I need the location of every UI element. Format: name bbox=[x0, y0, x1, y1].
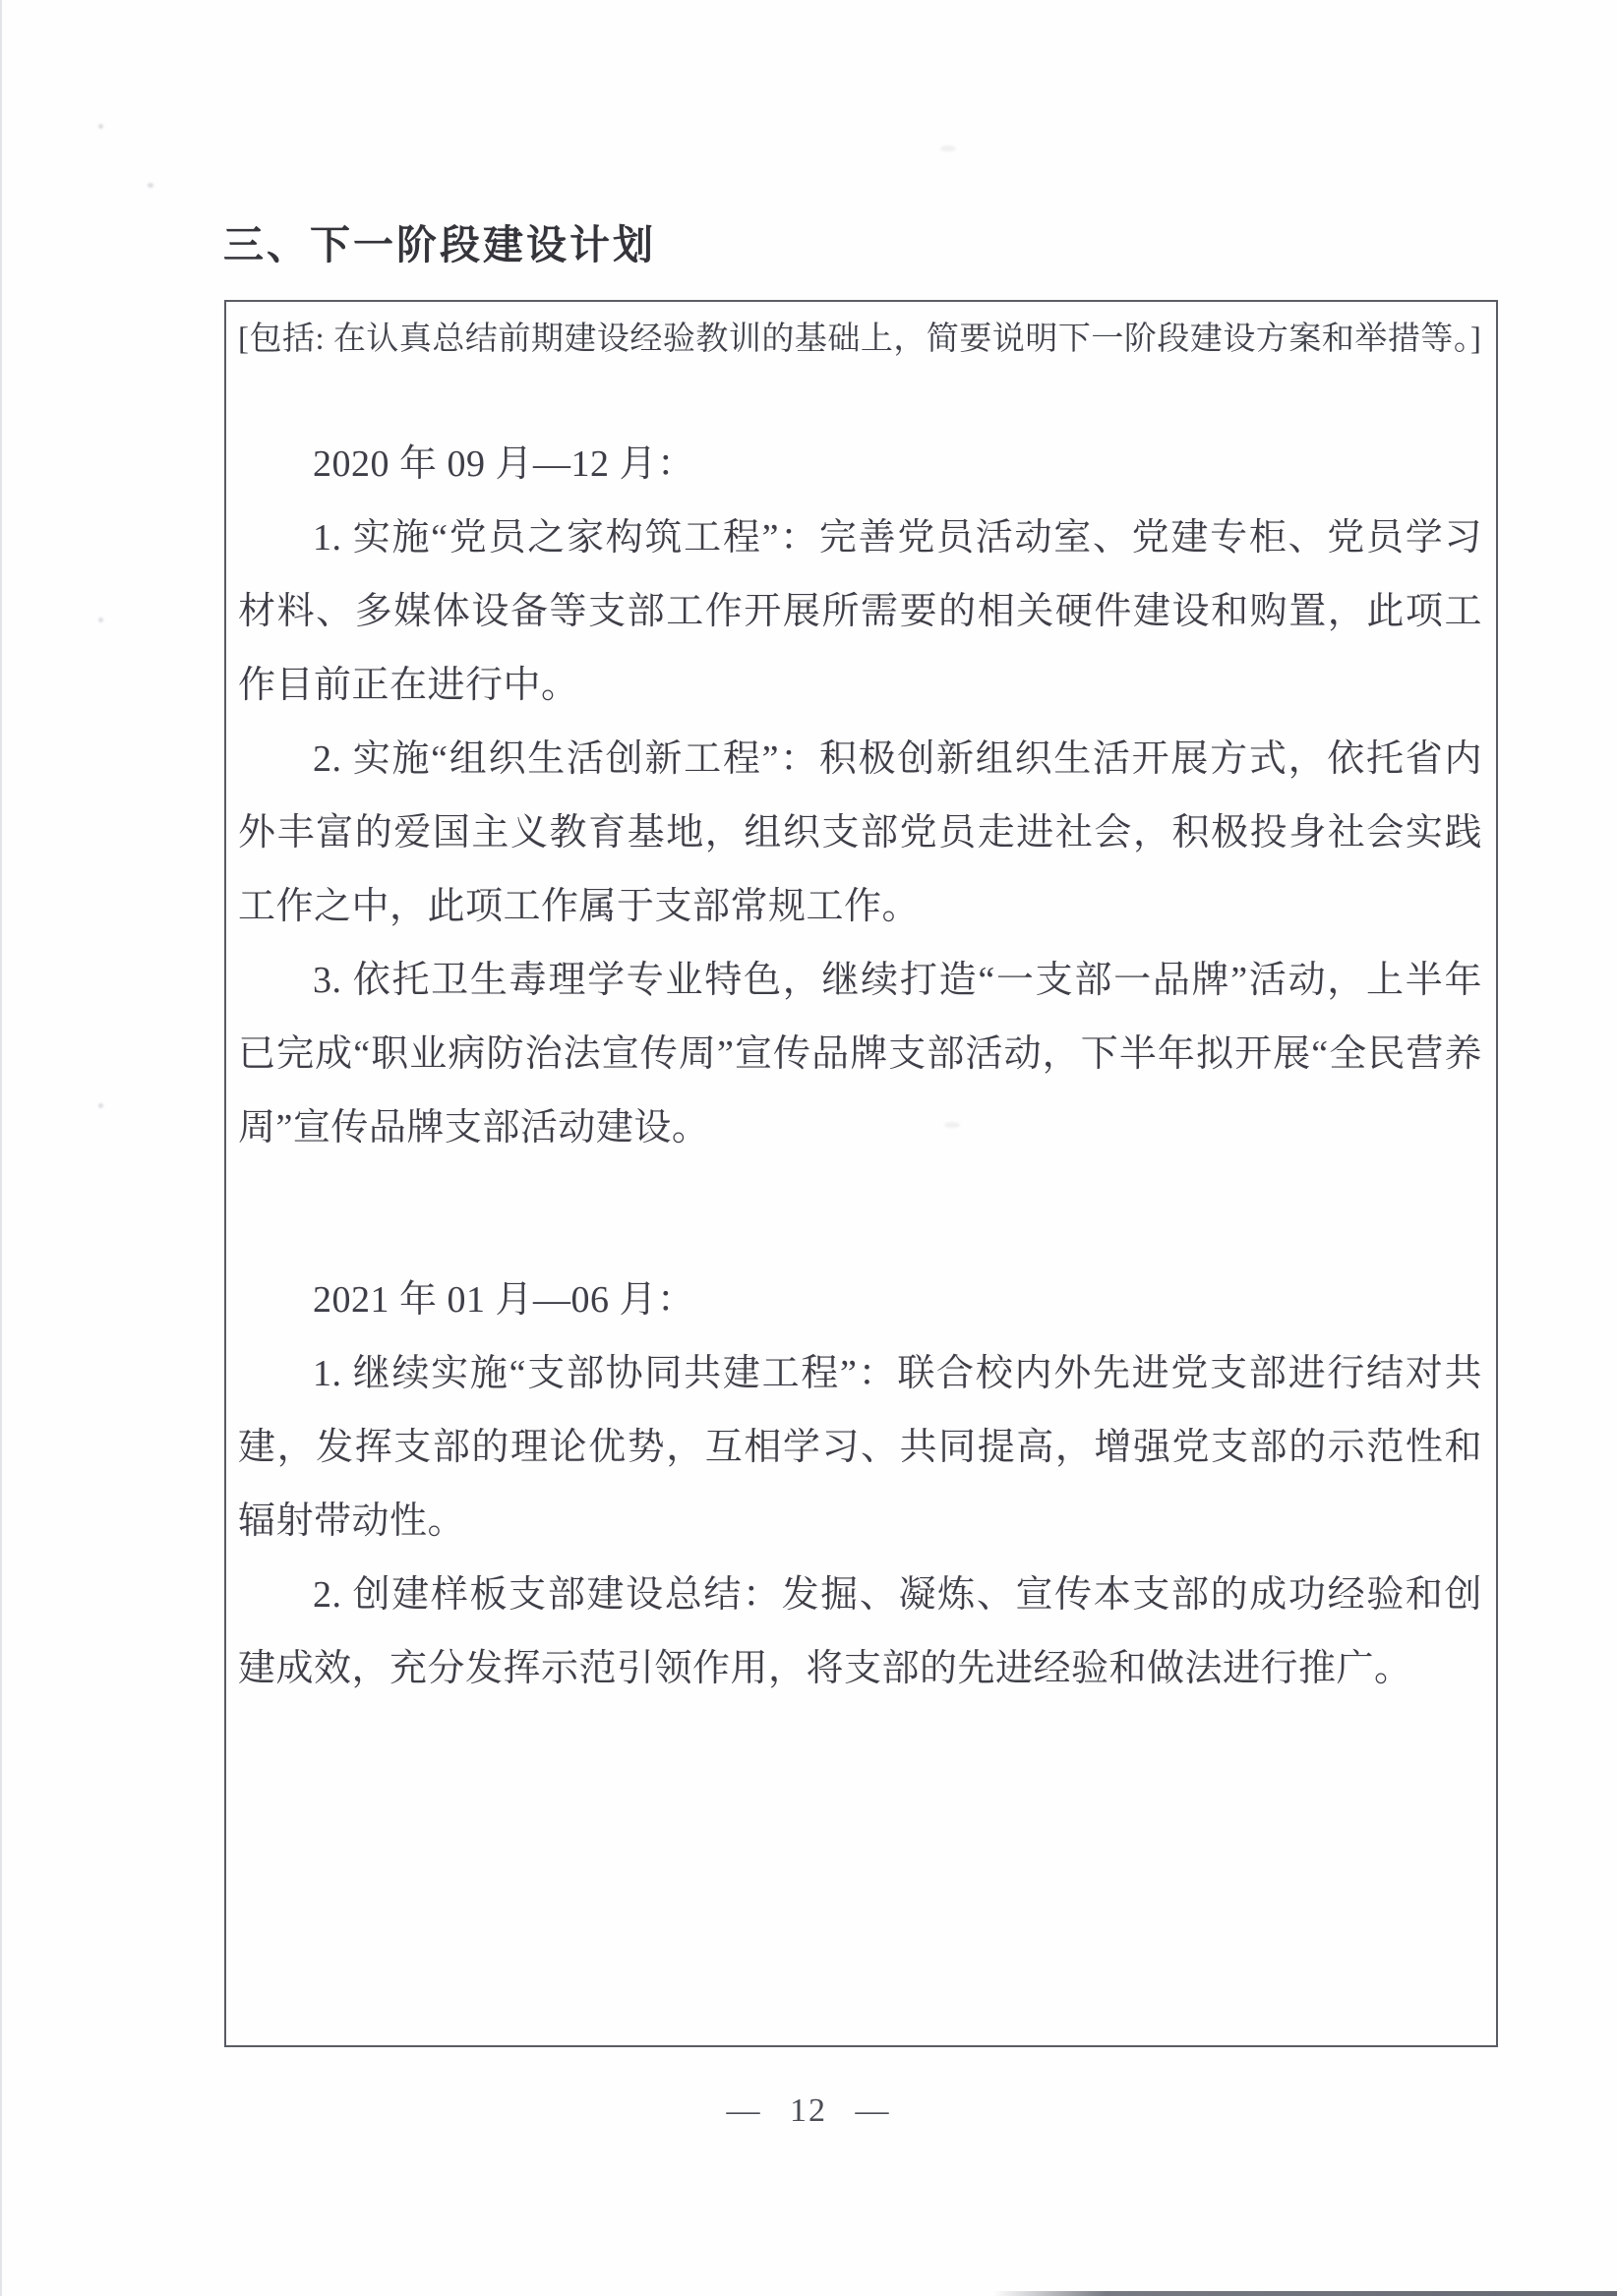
scan-speck bbox=[98, 618, 103, 622]
plan-paragraph-2021-2: 2. 创建样板支部建设总结：发掘、凝炼、宣传本支部的成功经验和创建成效，充分发挥… bbox=[238, 1559, 1482, 1706]
plan-content-box: [包括: 在认真总结前期建设经验教训的基础上，简要说明下一阶段建设方案和举措等。… bbox=[224, 300, 1498, 2047]
scan-speck bbox=[98, 124, 103, 129]
plan-content-inner: [包括: 在认真总结前期建设经验教训的基础上，简要说明下一阶段建设方案和举措等。… bbox=[226, 302, 1496, 1706]
scan-speck bbox=[98, 1103, 103, 1108]
scan-smudge bbox=[940, 146, 956, 151]
instruction-note: [包括: 在认真总结前期建设经验教训的基础上，简要说明下一阶段建设方案和举措等。… bbox=[238, 316, 1482, 363]
scan-edge-artifact-left bbox=[0, 0, 2, 2296]
section-heading: 三、下一阶段建设计划 bbox=[223, 220, 656, 270]
document-page: 三、下一阶段建设计划 [包括: 在认真总结前期建设经验教训的基础上，简要说明下一… bbox=[0, 0, 1617, 2296]
scan-smudge bbox=[944, 1122, 960, 1128]
plan-paragraph-2020-3: 3. 依托卫生毒理学专业特色，继续打造“一支部一品牌”活动，上半年已完成“职业病… bbox=[238, 944, 1482, 1165]
scan-speck bbox=[148, 183, 153, 188]
period-2020-date-label: 2020 年 09 月—12 月： bbox=[238, 428, 1482, 501]
page-number: — 12 — bbox=[0, 2094, 1617, 2128]
scan-edge-artifact-bottom bbox=[993, 2291, 1617, 2296]
plan-paragraph-2020-1: 1. 实施“党员之家构筑工程”：完善党员活动室、党建专柜、党员学习材料、多媒体设… bbox=[238, 501, 1482, 723]
plan-paragraph-2020-2: 2. 实施“组织生活创新工程”：积极创新组织生活开展方式，依托省内外丰富的爱国主… bbox=[238, 723, 1482, 944]
period-2021-section: 2021 年 01 月—06 月： 1. 继续实施“支部协同共建工程”：联合校内… bbox=[238, 1264, 1482, 1706]
period-2021-date-label: 2021 年 01 月—06 月： bbox=[238, 1264, 1482, 1337]
plan-paragraph-2021-1: 1. 继续实施“支部协同共建工程”：联合校内外先进党支部进行结对共建，发挥支部的… bbox=[238, 1337, 1482, 1559]
period-2020-section: 2020 年 09 月—12 月： 1. 实施“党员之家构筑工程”：完善党员活动… bbox=[238, 428, 1482, 1165]
